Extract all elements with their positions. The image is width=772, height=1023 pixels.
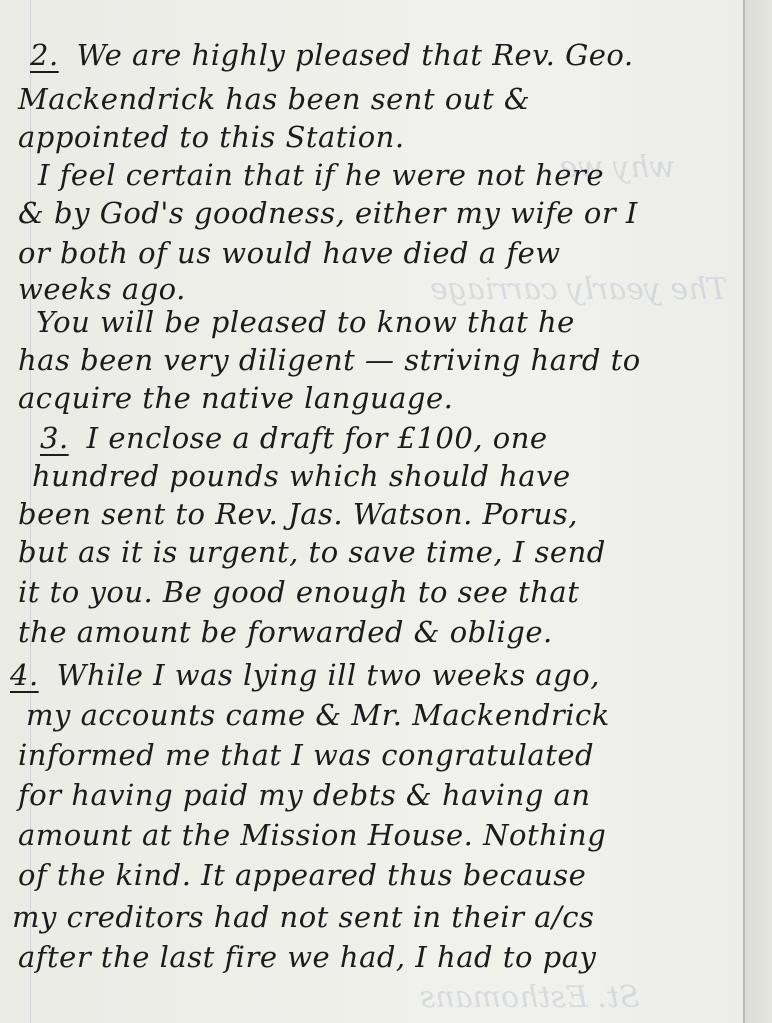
text-line: I feel certain that if he were not here [38,158,604,192]
line-text: of the kind. It appeared thus because [18,858,586,892]
line-text: has been very diligent — striving hard t… [18,343,641,377]
line-text: amount at the Mission House. Nothing [18,818,606,852]
text-line: & by God's goodness, either my wife or I [18,196,638,230]
line-text: & by God's goodness, either my wife or I [18,196,638,230]
line-text: Mackendrick has been sent out & [18,82,530,116]
paragraph-number: 4. [10,658,39,692]
text-line: appointed to this Station. [18,120,405,154]
line-text: I enclose a draft for £100, one [87,421,548,455]
line-text: after the last fire we had, I had to pay [18,940,596,974]
line-text: While I was lying ill two weeks ago, [57,658,600,692]
text-line: my accounts came & Mr. Mackendrick [26,698,610,732]
line-text: been sent to Rev. Jas. Watson. Porus, [18,497,578,531]
line-text: weeks ago. [18,272,186,306]
text-line: but as it is urgent, to save time, I sen… [18,535,606,569]
line-text: but as it is urgent, to save time, I sen… [18,535,606,569]
text-line: 2.We are highly pleased that Rev. Geo. [30,38,634,72]
line-text: appointed to this Station. [18,120,405,154]
text-line: 3.I enclose a draft for £100, one [40,421,548,455]
line-text: it to you. Be good enough to see that [18,575,579,609]
text-line: it to you. Be good enough to see that [18,575,579,609]
bleed-through-text: The yearly carriage [430,272,727,307]
line-text: my accounts came & Mr. Mackendrick [26,698,610,732]
text-line: hundred pounds which should have [32,459,571,493]
text-line: 4.While I was lying ill two weeks ago, [10,658,600,692]
text-line: informed me that I was congratulated [18,738,594,772]
text-line: has been very diligent — striving hard t… [18,343,641,377]
text-line: been sent to Rev. Jas. Watson. Porus, [18,497,578,531]
text-line: of the kind. It appeared thus because [18,858,586,892]
line-text: acquire the native language. [18,381,453,415]
line-text: for having paid my debts & having an [18,778,591,812]
text-line: weeks ago. [18,272,186,306]
paragraph-number: 3. [40,421,69,455]
line-text: You will be pleased to know that he [36,305,575,339]
line-text: or both of us would have died a few [18,236,561,270]
bleed-through-text: St. Esthomans [420,980,639,1015]
line-text: We are highly pleased that Rev. Geo. [77,38,634,72]
text-line: Mackendrick has been sent out & [18,82,530,116]
line-text: hundred pounds which should have [32,459,571,493]
line-text: my creditors had not sent in their a/cs [12,900,594,934]
text-line: or both of us would have died a few [18,236,561,270]
letter-page: The yearly carriage why we St. Esthomans… [0,0,752,1023]
line-text: I feel certain that if he were not here [38,158,604,192]
next-page-edge [745,0,772,1023]
text-line: after the last fire we had, I had to pay [18,940,596,974]
line-text: the amount be forwarded & oblige. [18,615,553,649]
text-line: my creditors had not sent in their a/cs [12,900,594,934]
text-line: You will be pleased to know that he [36,305,575,339]
paragraph-number: 2. [30,38,59,72]
text-line: the amount be forwarded & oblige. [18,615,553,649]
text-line: for having paid my debts & having an [18,778,591,812]
line-text: informed me that I was congratulated [18,738,594,772]
text-line: acquire the native language. [18,381,453,415]
text-line: amount at the Mission House. Nothing [18,818,606,852]
